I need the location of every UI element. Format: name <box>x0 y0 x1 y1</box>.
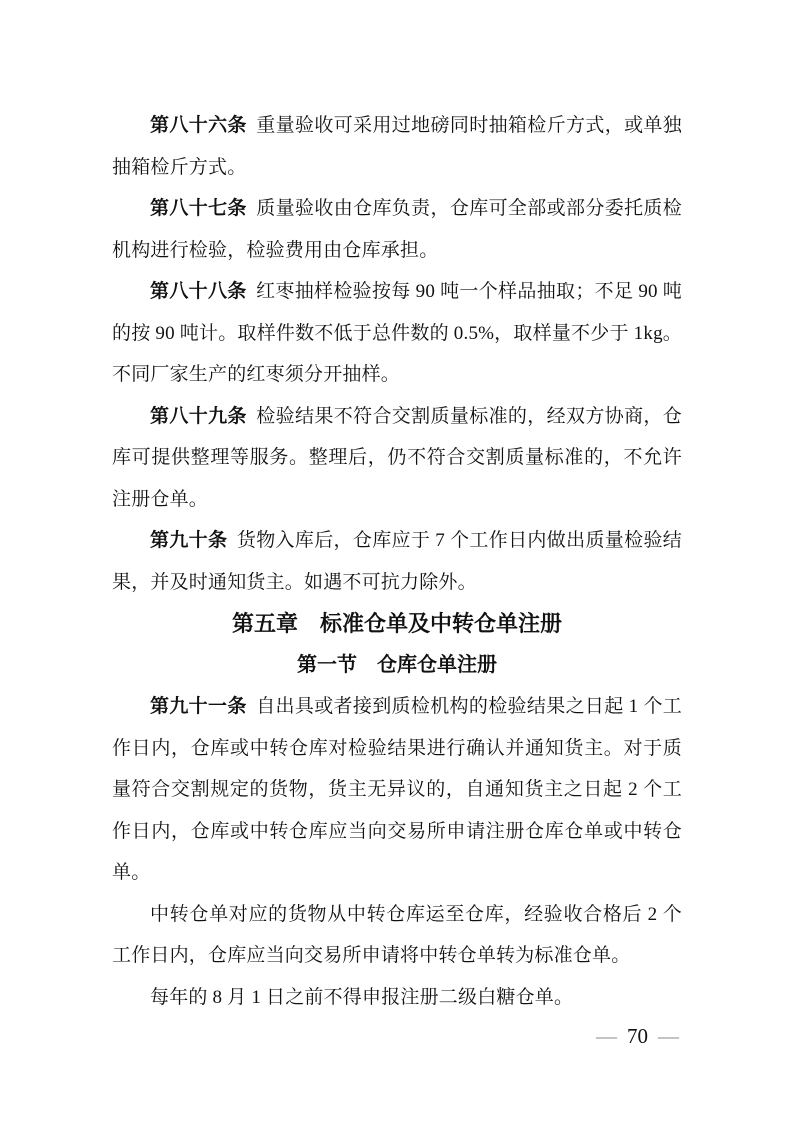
article-87-number: 第八十七条 <box>150 198 247 219</box>
document-page: 第八十六条重量验收可采用过地磅同时抽箱检斤方式，或单独抽箱检斤方式。 第八十七条… <box>0 0 793 1122</box>
article-90-number: 第九十条 <box>150 530 227 551</box>
paragraph-transfer-receipt-text: 中转仓单对应的货物从中转仓库运至仓库，经验收合格后 2 个工作日内，仓库应当向交… <box>112 904 682 967</box>
chapter-heading: 第五章 标准仓单及中转仓单注册 <box>112 603 682 645</box>
article-88: 第八十八条红枣抽样检验按每 90 吨一个样品抽取；不足 90 吨的按 90 吨计… <box>112 271 682 396</box>
article-91: 第九十一条自出具或者接到质检机构的检验结果之日起 1 个工作日内，仓库或中转仓库… <box>112 686 682 894</box>
paragraph-sugar-deadline-text: 每年的 8 月 1 日之前不得申报注册二级白糖仓单。 <box>150 987 573 1008</box>
article-89-number: 第八十九条 <box>150 406 247 427</box>
paragraph-transfer-receipt: 中转仓单对应的货物从中转仓库运至仓库，经验收合格后 2 个工作日内，仓库应当向交… <box>112 894 682 977</box>
article-86: 第八十六条重量验收可采用过地磅同时抽箱检斤方式，或单独抽箱检斤方式。 <box>112 105 682 188</box>
section-heading: 第一节 仓库仓单注册 <box>112 645 682 687</box>
article-91-number: 第九十一条 <box>150 696 247 717</box>
page-footer: — 70 — <box>596 1026 679 1047</box>
paragraph-sugar-deadline: 每年的 8 月 1 日之前不得申报注册二级白糖仓单。 <box>112 977 682 1019</box>
footer-dash-right: — <box>658 1026 679 1047</box>
article-88-number: 第八十八条 <box>150 281 247 302</box>
article-87: 第八十七条质量验收由仓库负责，仓库可全部或部分委托质检机构进行检验，检验费用由仓… <box>112 188 682 271</box>
document-body: 第八十六条重量验收可采用过地磅同时抽箱检斤方式，或单独抽箱检斤方式。 第八十七条… <box>112 105 682 1018</box>
article-90: 第九十条货物入库后，仓库应于 7 个工作日内做出质量检验结果，并及时通知货主。如… <box>112 520 682 603</box>
footer-dash-left: — <box>596 1026 617 1047</box>
article-89: 第八十九条检验结果不符合交割质量标准的，经双方协商，仓库可提供整理等服务。整理后… <box>112 396 682 521</box>
page-number: 70 <box>627 1026 648 1047</box>
article-91-text: 自出具或者接到质检机构的检验结果之日起 1 个工作日内，仓库或中转仓库对检验结果… <box>112 696 682 883</box>
article-86-number: 第八十六条 <box>150 115 247 136</box>
